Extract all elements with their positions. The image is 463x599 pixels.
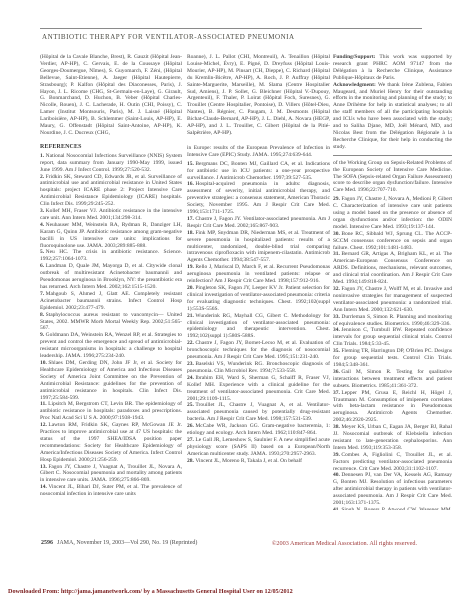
reference-item: 28.Vincent JL, Moreno R, Takala J, et al… <box>187 458 330 465</box>
reference-item: 30.Bone RC, Sibbald WJ, Sprung CL. The A… <box>333 231 452 252</box>
reference-item: 22.Chastre J, Fagon JY, Bornet-Lecso M, … <box>187 340 330 361</box>
footer-journal-line: 2596JAMA, November 19, 2003—Vol 290, No.… <box>41 540 197 546</box>
download-stamp: Downloaded From: http://jama.jamanetwork… <box>8 588 293 595</box>
reference-continuation: in Europe: results of the European Preva… <box>187 145 330 159</box>
reference-item: 37.Lepper PM, Grusa E, Reichl H, Högel J… <box>333 390 452 425</box>
reference-item: 39.Combes A, Figliolini C, Trouillet JL,… <box>333 452 452 473</box>
affiliations-text-continued: Roanne), J. L. Pallot (CHI, Montreuil), … <box>187 54 330 137</box>
reference-list: 15.Bergmans DC, Bonten MJ, Gaillard CA, … <box>187 161 330 465</box>
reference-item: 16.Hospital-acquired pneumonia in adults… <box>187 181 330 216</box>
reference-item: 11.Lipsitch M, Bergstrom CT, Levin BR. T… <box>40 401 182 422</box>
reference-item: 38.Meyer KS, Urban C, Eagan JA, Berger B… <box>333 424 452 452</box>
reference-item: 35.Fleming TR, Harrington DP, O'Brien PC… <box>333 348 452 369</box>
reference-item: 1.National Nosocomial Infections Surveil… <box>40 153 182 174</box>
reference-item: 21.Wunderink RG, Mayhall CG, Gibert C. M… <box>187 313 330 341</box>
reference-item: 18.Fink MP, Snydman DR, Niederman MS, et… <box>187 230 330 265</box>
reference-item: 24.Ibrahim EH, Ward S, Sherman G, Schaif… <box>187 375 330 403</box>
reference-item: 25.Trouillet JL, Chastre J, Vuagnat A, e… <box>187 402 330 423</box>
reference-item: 5.Neu HC. The crisis in antibiotic resis… <box>40 249 182 263</box>
column-2: Roanne), J. L. Pallot (CHI, Montreuil), … <box>187 54 330 510</box>
reference-item: 32.Fagon JY, Chastre J, Wolff M, et al. … <box>333 286 452 314</box>
reference-item: 41.Singh N, Rogers P, Atwood CW, Wagener… <box>333 507 452 510</box>
reference-item: 12.Lawton RM, Fridkin SK, Gaynes RP, McG… <box>40 422 182 463</box>
funding-paragraph: Funding/Support: This work was supported… <box>333 54 452 82</box>
reference-item: 20.Pingleton SK, Fagon JY, Leeper KV Jr.… <box>187 285 330 313</box>
section-divider-rule <box>333 155 452 156</box>
reference-item: 26.McCabe WR, Jackson GG. Gram-negative … <box>187 423 330 437</box>
reference-item: 2.Fridkin SK, Steward CD, Edwards JR, et… <box>40 174 182 209</box>
copyright-notice: ©2003 American Medical Association. All … <box>272 540 417 547</box>
reference-item: 7.Mahgoub S, Ahmed J, Glatt AE. Complete… <box>40 291 182 312</box>
reference-item: 10.Shlaes DM, Gerding DN, John JF Jr, et… <box>40 360 182 401</box>
reference-item: 29.Fagon JY, Chastre J, Novara A, Medion… <box>333 196 452 231</box>
reference-item: 33.Durrleman S, Simon R. Planning and mo… <box>333 314 452 328</box>
reference-item: 27.Le Gall JR, Lemeshow S, Saulnier F. A… <box>187 437 330 458</box>
reference-continuation: of the Working Group on Sepsis-Related P… <box>333 160 452 195</box>
column-3: Funding/Support: This work was supported… <box>333 54 452 510</box>
reference-item: 17.Chastre J, Fagon JY. Ventilator-assoc… <box>187 216 330 230</box>
references-heading: REFERENCES <box>40 144 182 151</box>
page-number: 2596 <box>41 540 53 546</box>
reference-item: 15.Bergmans DC, Bonten MJ, Gaillard CA, … <box>187 161 330 182</box>
acknowledgment-paragraph: Acknowledgment: We thank Irène Zublena, … <box>333 82 452 151</box>
reference-item: 9.Goldmann DA, Weinstein RA, Wenzel RP, … <box>40 332 182 360</box>
acknowledgment-label: Acknowledgment: <box>333 82 376 88</box>
reference-item: 23.Baselski VS, Wunderink RG. Bronchosco… <box>187 361 330 375</box>
reference-item: 31.Bernard GR, Artigas A, Brigham KL, et… <box>333 251 452 286</box>
funding-label: Funding/Support: <box>333 54 376 60</box>
journal-citation: JAMA, November 19, 2003—Vol 290, No. 19 … <box>57 540 197 546</box>
reference-item: 4.Neuhauser MM, Weinstein RA, Rydman R, … <box>40 222 182 250</box>
reference-item: 34.Jennison C, Turnbull BW. Repeated con… <box>333 327 452 348</box>
acknowledgment-text: We thank Irène Zublena, Fabien Maugeard,… <box>333 82 452 150</box>
reference-item: 19.Rello J, Mariscal D, March F, et al. … <box>187 264 330 285</box>
reference-item: 40.Dennesen PJ, van Der VA, Kessels AG, … <box>333 472 452 507</box>
reference-item: 14.Vincent JL, Bihari DJ, Suter PM, et a… <box>40 484 182 498</box>
reference-item: 36.Gail M, Simon R. Testing for qualitat… <box>333 369 452 390</box>
affiliations-text: (Hôpital de la Cavale Blanche, Brest), R… <box>40 54 182 137</box>
journal-page: ANTIBIOTIC THERAPY FOR VENTILATOR-ASSOCI… <box>0 0 463 599</box>
reference-item: 8.Staphylococcus aureus resistant to van… <box>40 312 182 333</box>
running-head: ANTIBIOTIC THERAPY FOR VENTILATOR-ASSOCI… <box>42 33 295 41</box>
reference-list: 29.Fagon JY, Chastre J, Novara A, Medion… <box>333 196 452 510</box>
reference-item: 6.Landman D, Quale JM, Mayorga D, et al.… <box>40 263 182 291</box>
header-rule <box>40 28 422 29</box>
column-1: (Hôpital de la Cavale Blanche, Brest), R… <box>40 54 182 510</box>
reference-list: 1.National Nosocomial Infections Surveil… <box>40 153 182 498</box>
reference-item: 3.Kollef MH, Fraser VJ. Antibiotic resis… <box>40 208 182 222</box>
reference-item: 13.Fagon JY, Chastre J, Vuagnat A, Troui… <box>40 464 182 485</box>
